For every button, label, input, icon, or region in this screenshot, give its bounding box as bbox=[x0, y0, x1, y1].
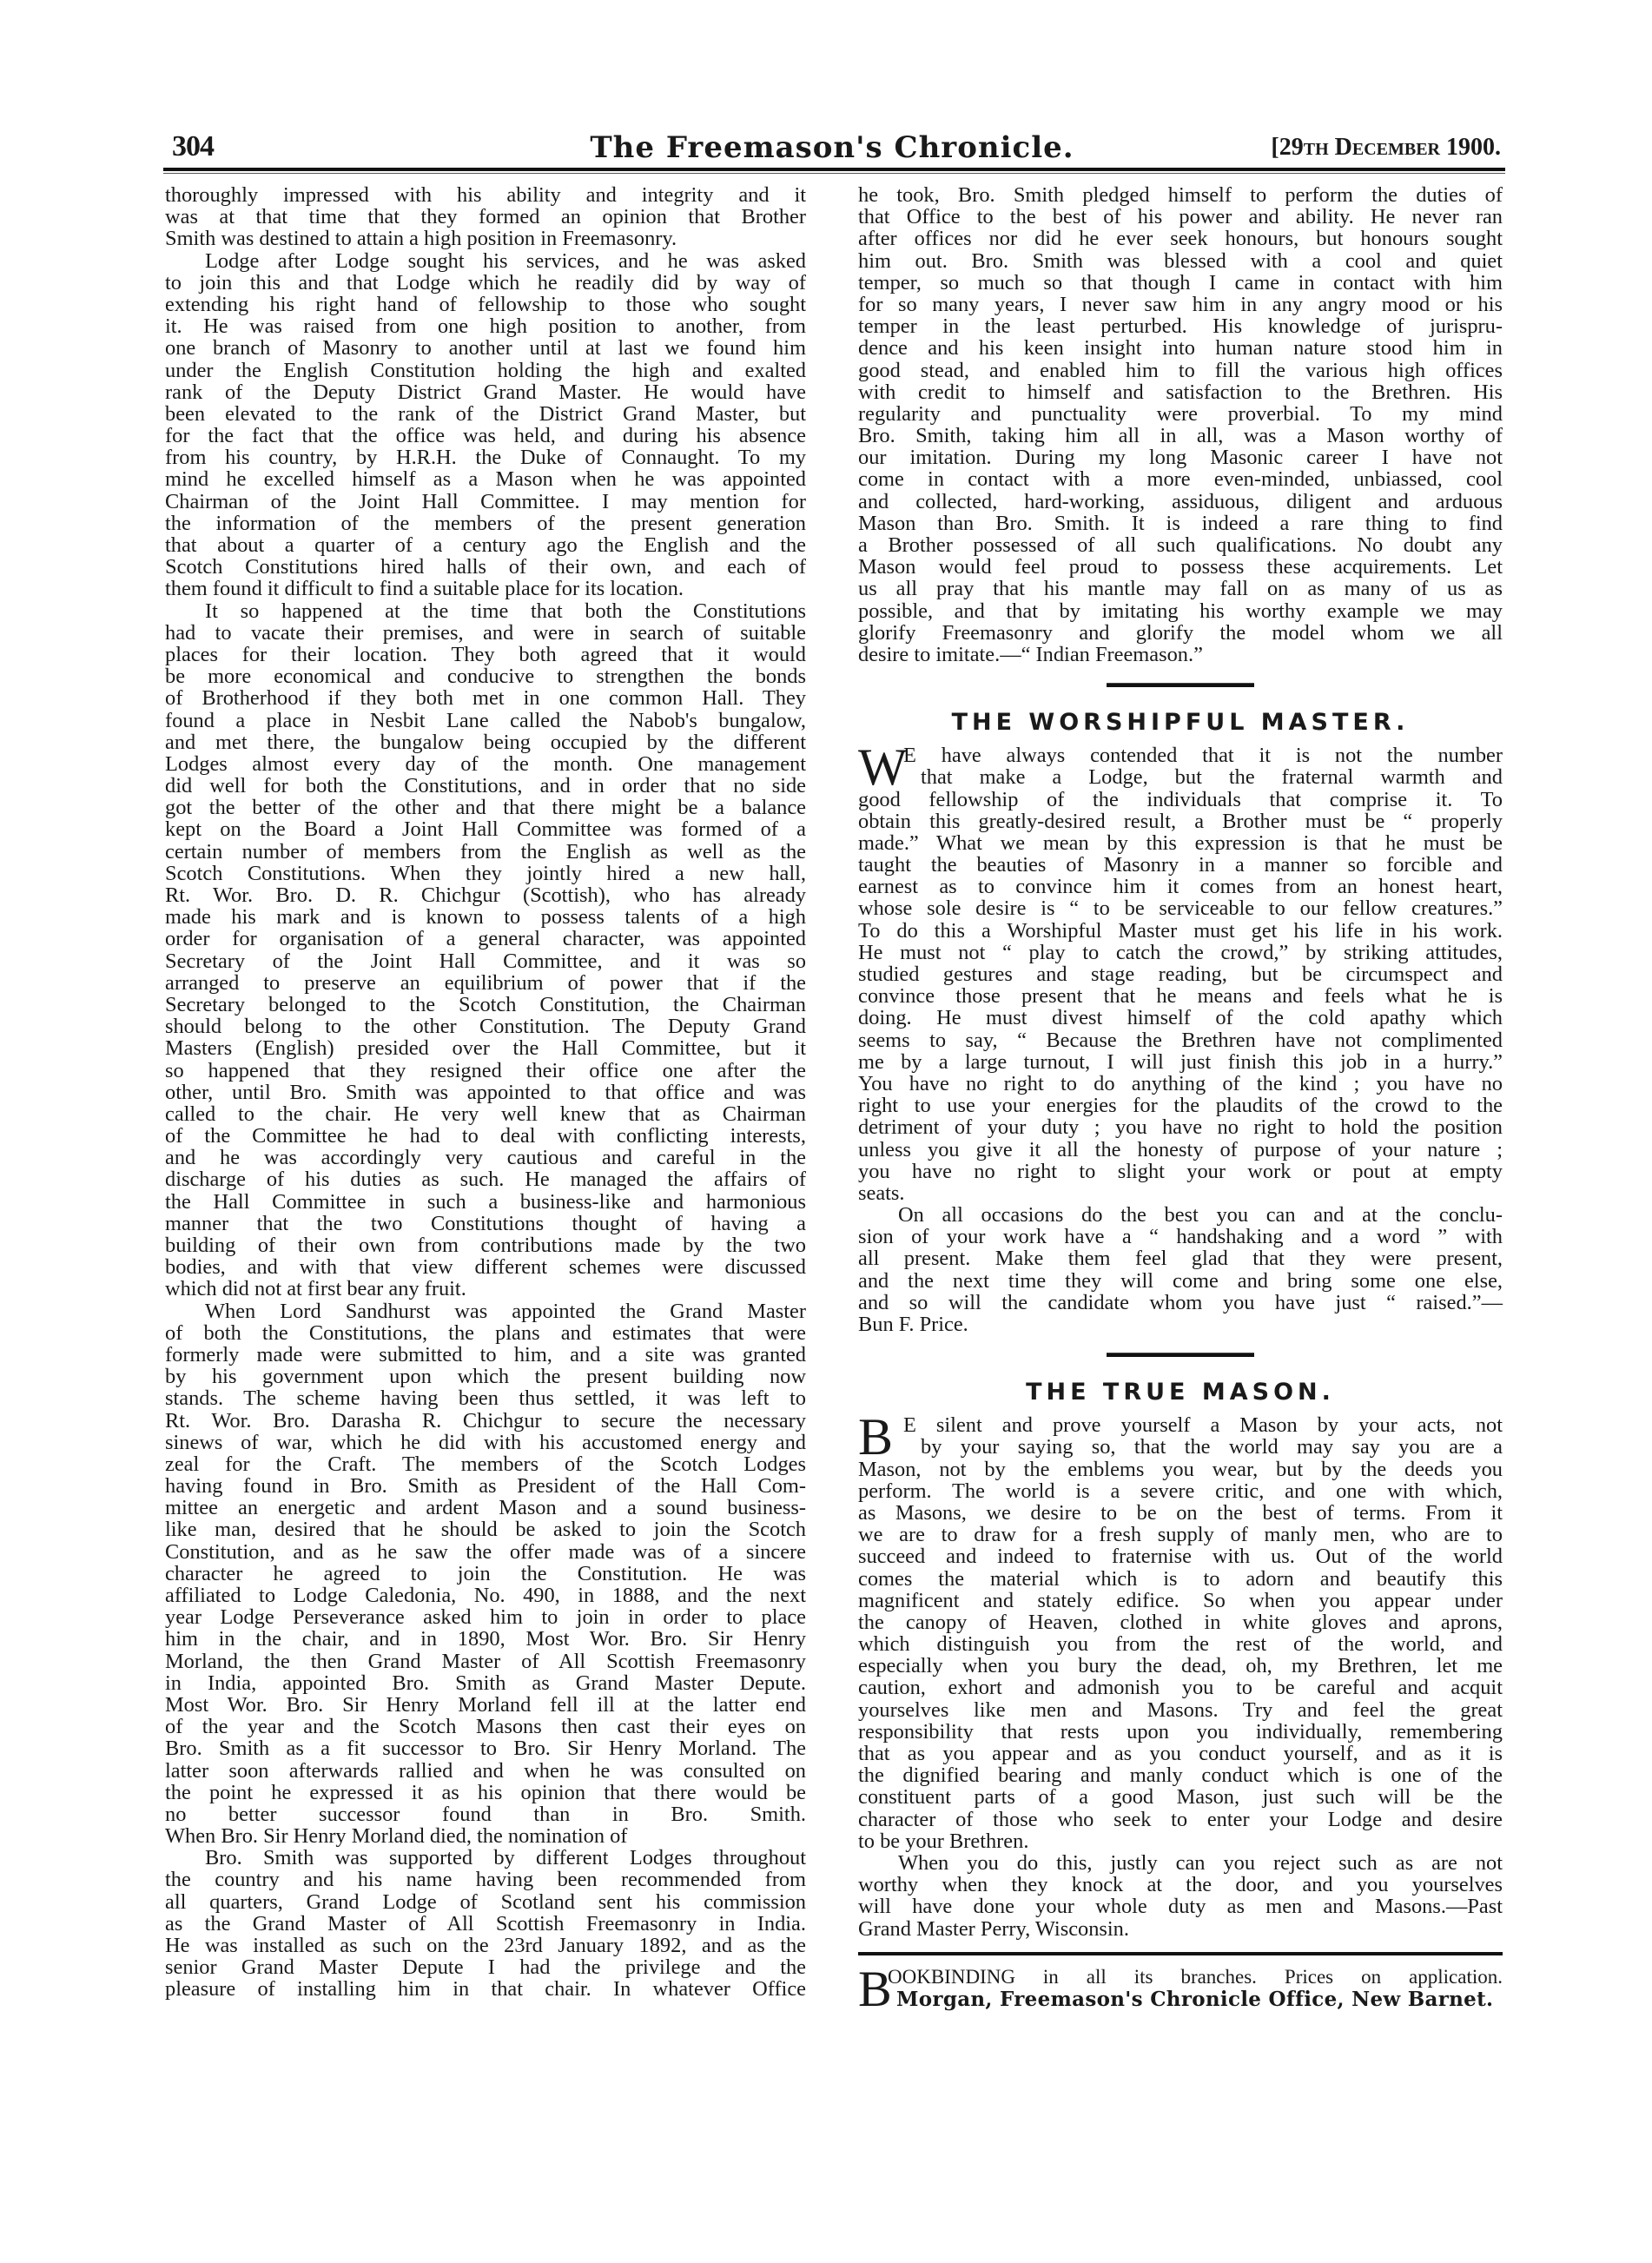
text-line: made his mark and is known to possess ta… bbox=[165, 906, 806, 928]
text-line: of Brotherhood if they both met in one c… bbox=[165, 687, 806, 709]
text-line: no better successor found than in Bro. S… bbox=[165, 1803, 806, 1825]
text-line: seems to say, “ Because the Brethren hav… bbox=[858, 1029, 1503, 1051]
text-line: When you do this, justly can you reject … bbox=[858, 1852, 1503, 1874]
text-line: to join this and that Lodge which he rea… bbox=[165, 272, 806, 294]
text-line: desire to imitate.—“ Indian Freemason.” bbox=[858, 644, 1503, 665]
text-line: which did not at first bear any fruit. bbox=[165, 1278, 806, 1300]
drop-cap: B bbox=[858, 1964, 892, 2015]
header-rule-thin bbox=[163, 173, 1505, 174]
text-line: To do this a Worshipful Master must get … bbox=[858, 920, 1503, 942]
text-line: mind he excelled himself as a Mason when… bbox=[165, 468, 806, 490]
text-line: him in the chair, and in 1890, Most Wor.… bbox=[165, 1628, 806, 1650]
text-line: be more economical and conducive to stre… bbox=[165, 665, 806, 687]
text-line: Masters (English) presided over the Hall… bbox=[165, 1037, 806, 1059]
text-line: character he agreed to join the Constitu… bbox=[165, 1563, 806, 1585]
text-line: bodies, and with that view different sch… bbox=[165, 1256, 806, 1278]
text-line: him out. Bro. Smith was blessed with a c… bbox=[858, 250, 1503, 272]
issue-date: [29th December 1900. bbox=[1271, 134, 1501, 162]
text-line: He must not “ play to catch the crowd,” … bbox=[858, 942, 1503, 963]
text-line: building of their own from contributions… bbox=[165, 1234, 806, 1256]
text-line: Morland, the then Grand Master of All Sc… bbox=[165, 1651, 806, 1672]
text-line: and collected, hard-working, assiduous, … bbox=[858, 491, 1503, 513]
text-line: whose sole desire is “ to be serviceable… bbox=[858, 897, 1503, 919]
text-line: found a place in Nesbit Lane called the … bbox=[165, 710, 806, 731]
text-line: constituent parts of a good Mason, just … bbox=[858, 1786, 1503, 1808]
text-line: character of those who seek to enter you… bbox=[858, 1809, 1503, 1830]
text-line: especially when you bury the dead, oh, m… bbox=[858, 1655, 1503, 1677]
text-line: yourselves like men and Masons. Try and … bbox=[858, 1699, 1503, 1721]
text-line: manner that the two Constitutions though… bbox=[165, 1213, 806, 1234]
header-rule bbox=[163, 168, 1505, 171]
text-line: did well for both the Constitutions, and… bbox=[165, 775, 806, 797]
text-line: possible, and that by imitating his wort… bbox=[858, 600, 1503, 622]
bookbinding-advertisement: B OOKBINDING in all its branches. Prices… bbox=[858, 1966, 1503, 2018]
text-line: When Bro. Sir Henry Morland died, the no… bbox=[165, 1825, 806, 1847]
text-line: caution, exhort and admonish you to be c… bbox=[858, 1677, 1503, 1698]
text-line: so happened that they resigned their off… bbox=[165, 1060, 806, 1082]
text-line: the Hall Committee in such a business-li… bbox=[165, 1191, 806, 1213]
text-line: good fellowship of the individuals that … bbox=[858, 789, 1503, 811]
text-line: he took, Bro. Smith pledged himself to p… bbox=[858, 184, 1503, 206]
text-line: Mason than Bro. Smith. It is indeed a ra… bbox=[858, 513, 1503, 534]
text-line: convince those present that he means and… bbox=[858, 985, 1503, 1007]
section-divider bbox=[1107, 1353, 1254, 1357]
text-line: unless you give it all the honesty of pu… bbox=[858, 1139, 1503, 1161]
text-line: and so will the candidate whom you have … bbox=[858, 1292, 1503, 1313]
text-line: senior Grand Master Depute I had the pri… bbox=[165, 1956, 806, 1978]
right-column: he took, Bro. Smith pledged himself to p… bbox=[858, 184, 1503, 2018]
text-line: like man, desired that he should be aske… bbox=[165, 1519, 806, 1540]
text-line: good stead, and enabled him to fill the … bbox=[858, 360, 1503, 381]
text-line: by your saying so, that the world may sa… bbox=[858, 1436, 1503, 1458]
newspaper-page: 304 The Freemason's Chronicle. [29th Dec… bbox=[0, 0, 1652, 2263]
text-line: magnificent and stately edifice. So when… bbox=[858, 1590, 1503, 1611]
drop-cap: W bbox=[858, 744, 908, 790]
text-line: order for organisation of a general char… bbox=[165, 928, 806, 950]
text-line: Mason, not by the emblems you wear, but … bbox=[858, 1459, 1503, 1480]
article-title-worshipful-master: THE WORSHIPFUL MASTER. bbox=[858, 710, 1503, 736]
text-line: worthy when they knock at the door, and … bbox=[858, 1874, 1503, 1896]
text-line: the information of the members of the pr… bbox=[165, 513, 806, 534]
text-line: responsibility that rests upon you indiv… bbox=[858, 1721, 1503, 1743]
text-line: Lodge after Lodge sought his services, a… bbox=[165, 250, 806, 272]
text-line: rank of the Deputy District Grand Master… bbox=[165, 381, 806, 403]
text-line: that about a quarter of a century ago th… bbox=[165, 534, 806, 556]
text-line: all quarters, Grand Lodge of Scotland se… bbox=[165, 1891, 806, 1913]
text-line: E have always contended that it is not t… bbox=[858, 744, 1503, 766]
advertisement-address: Morgan, Freemason's Chronicle Office, Ne… bbox=[896, 1988, 1493, 2011]
text-line: by his government upon which the present… bbox=[165, 1366, 806, 1387]
text-line: for the fact that the office was held, a… bbox=[165, 425, 806, 447]
text-line: temper in the least perturbed. His knowl… bbox=[858, 315, 1503, 337]
text-line: affiliated to Lodge Caledonia, No. 490, … bbox=[165, 1585, 806, 1606]
text-line: obtain this greatly-desired result, a Br… bbox=[858, 811, 1503, 832]
text-line: to be your Brethren. bbox=[858, 1830, 1503, 1852]
text-line: a Brother possessed of all such qualific… bbox=[858, 534, 1503, 556]
text-line: places for their location. They both agr… bbox=[165, 644, 806, 665]
text-line: Constitution, and as he saw the offer ma… bbox=[165, 1541, 806, 1563]
text-line: kept on the Board a Joint Hall Committee… bbox=[165, 818, 806, 840]
text-line: the canopy of Heaven, clothed in white g… bbox=[858, 1611, 1503, 1633]
text-line: which distinguish you from the rest of t… bbox=[858, 1633, 1503, 1655]
text-line: seats. bbox=[858, 1182, 1503, 1204]
text-line: sion of your work have a “ handshaking a… bbox=[858, 1226, 1503, 1247]
text-line: that Office to the best of his power and… bbox=[858, 206, 1503, 228]
text-line: sinews of war, which he did with his acc… bbox=[165, 1432, 806, 1453]
text-line: Lodges almost every day of the month. On… bbox=[165, 753, 806, 775]
text-line: after offices nor did he ever seek honou… bbox=[858, 228, 1503, 249]
text-line: You have no right to do anything of the … bbox=[858, 1073, 1503, 1095]
text-line: stands. The scheme having been thus sett… bbox=[165, 1387, 806, 1409]
text-line: Most Wor. Bro. Sir Henry Morland fell il… bbox=[165, 1694, 806, 1716]
text-line: comes the material which is to adorn and… bbox=[858, 1568, 1503, 1590]
text-line: come in contact with a more even-minded,… bbox=[858, 468, 1503, 490]
text-line: of both the Constitutions, the plans and… bbox=[165, 1322, 806, 1344]
text-line: had to vacate their premises, and were i… bbox=[165, 622, 806, 644]
text-line: Secretary of the Joint Hall Committee, a… bbox=[165, 950, 806, 972]
text-line: Chairman of the Joint Hall Committee. I … bbox=[165, 491, 806, 513]
text-line: Scotch Constitutions. When they jointly … bbox=[165, 863, 806, 884]
text-line: one branch of Masonry to another until a… bbox=[165, 337, 806, 359]
text-line: and met there, the bungalow being occupi… bbox=[165, 731, 806, 753]
text-line: formerly made were submitted to him, and… bbox=[165, 1344, 806, 1366]
text-line: all present. Make them feel glad that th… bbox=[858, 1247, 1503, 1269]
text-line: for so many years, I never saw him in an… bbox=[858, 294, 1503, 315]
text-line: year Lodge Perseverance asked him to joi… bbox=[165, 1606, 806, 1628]
text-line: earnest as to convince him it comes from… bbox=[858, 876, 1503, 897]
text-line: of the year and the Scotch Masons then c… bbox=[165, 1716, 806, 1737]
text-line: When Lord Sandhurst was appointed the Gr… bbox=[165, 1300, 806, 1322]
text-line: other, until Bro. Smith was appointed to… bbox=[165, 1082, 806, 1103]
text-line: temper, so much so that though I came in… bbox=[858, 272, 1503, 294]
text-line: thoroughly impressed with his ability an… bbox=[165, 184, 806, 206]
text-line: of the Committee he had to deal with con… bbox=[165, 1125, 806, 1147]
text-line: me by a large turnout, I will just finis… bbox=[858, 1051, 1503, 1073]
text-line: the dignified bearing and manly conduct … bbox=[858, 1764, 1503, 1786]
text-line: certain number of members from the Engli… bbox=[165, 841, 806, 863]
text-line: the country and his name having been rec… bbox=[165, 1869, 806, 1890]
text-line: got the better of the other and that the… bbox=[165, 797, 806, 818]
text-line: right to use your energies for the plaud… bbox=[858, 1095, 1503, 1116]
text-line: Scotch Constitutions hired halls of thei… bbox=[165, 556, 806, 578]
section-divider bbox=[1107, 683, 1254, 687]
text-line: On all occasions do the best you can and… bbox=[858, 1204, 1503, 1226]
text-line: Bro. Smith was supported by different Lo… bbox=[165, 1847, 806, 1869]
advertisement-rule bbox=[858, 1952, 1503, 1955]
text-line: dence and his keen insight into human na… bbox=[858, 337, 1503, 359]
advertisement-line: OOKBINDING in all its branches. Prices o… bbox=[888, 1966, 1503, 1988]
text-line: as Masons, we desire to be on the best o… bbox=[858, 1502, 1503, 1524]
text-line: Bro. Smith, taking him all in all, was a… bbox=[858, 425, 1503, 447]
text-line: we are to draw for a fresh supply of man… bbox=[858, 1524, 1503, 1545]
text-line: Rt. Wor. Bro. D. R. Chichgur (Scottish),… bbox=[165, 884, 806, 906]
text-line: pleasure of installing him in that chair… bbox=[165, 1978, 806, 2000]
text-line: Grand Master Perry, Wisconsin. bbox=[858, 1918, 1503, 1940]
text-line: should belong to the other Constitution.… bbox=[165, 1016, 806, 1037]
text-line: Secretary belonged to the Scotch Constit… bbox=[165, 994, 806, 1016]
text-line: arranged to preserve an equilibrium of p… bbox=[165, 972, 806, 994]
article-title-true-mason: THE TRUE MASON. bbox=[858, 1380, 1503, 1406]
text-line: will have done your whole duty as men an… bbox=[858, 1896, 1503, 1917]
text-line: glorify Freemasonry and glorify the mode… bbox=[858, 622, 1503, 644]
text-line: regularity and punctuality were proverbi… bbox=[858, 403, 1503, 425]
text-line: them found it difficult to find a suitab… bbox=[165, 578, 806, 599]
text-line: been elevated to the rank of the Distric… bbox=[165, 403, 806, 425]
text-line: that as you appear and as you conduct yo… bbox=[858, 1743, 1503, 1764]
text-line: with credit to himself and satisfaction … bbox=[858, 381, 1503, 403]
text-line: that make a Lodge, but the fraternal war… bbox=[858, 766, 1503, 788]
text-line: and the next time they will come and bri… bbox=[858, 1270, 1503, 1292]
text-line: the point he expressed it as his opinion… bbox=[165, 1782, 806, 1803]
drop-cap: B bbox=[858, 1414, 893, 1459]
text-line: made.” What we mean by this expression i… bbox=[858, 832, 1503, 854]
text-line: us all pray that his mantle may fall on … bbox=[858, 578, 1503, 599]
text-line: it. He was raised from one high position… bbox=[165, 315, 806, 337]
text-line: taught the beauties of Masonry in a mann… bbox=[858, 854, 1503, 876]
text-line: Smith was destined to attain a high posi… bbox=[165, 228, 806, 249]
text-line: extending his right hand of fellowship t… bbox=[165, 294, 806, 315]
text-line: called to the chair. He very well knew t… bbox=[165, 1103, 806, 1125]
article-worshipful-master: W E have always contended that it is not… bbox=[858, 744, 1503, 1335]
text-line: under the English Constitution holding t… bbox=[165, 360, 806, 381]
text-line: Rt. Wor. Bro. Darasha R. Chichgur to sec… bbox=[165, 1410, 806, 1432]
text-line: was at that time that they formed an opi… bbox=[165, 206, 806, 228]
text-line: He was installed as such on the 23rd Jan… bbox=[165, 1935, 806, 1956]
text-line: Bro. Smith as a fit successor to Bro. Si… bbox=[165, 1737, 806, 1759]
text-line: and he was accordingly very cautious and… bbox=[165, 1147, 806, 1168]
text-line: E silent and prove yourself a Mason by y… bbox=[858, 1414, 1503, 1436]
text-line: It so happened at the time that both the… bbox=[165, 600, 806, 622]
text-line: in India, appointed Bro. Smith as Grand … bbox=[165, 1672, 806, 1694]
article-true-mason: B E silent and prove yourself a Mason by… bbox=[858, 1414, 1503, 1940]
left-column: thoroughly impressed with his ability an… bbox=[165, 184, 806, 2001]
text-line: Bun F. Price. bbox=[858, 1313, 1503, 1335]
text-line: you have no right to slight your work or… bbox=[858, 1161, 1503, 1182]
text-line: detriment of your duty ; you have no rig… bbox=[858, 1116, 1503, 1138]
text-line: zeal for the Craft. The members of the S… bbox=[165, 1453, 806, 1475]
text-line: latter soon afterwards rallied and when … bbox=[165, 1760, 806, 1782]
text-line: studied gestures and stage reading, but … bbox=[858, 963, 1503, 985]
text-line: succeed and indeed to fraternise with us… bbox=[858, 1545, 1503, 1567]
text-line: having found in Bro. Smith as President … bbox=[165, 1475, 806, 1497]
text-line: our imitation. During my long Masonic ca… bbox=[858, 447, 1503, 468]
text-line: as the Grand Master of All Scottish Free… bbox=[165, 1913, 806, 1935]
text-line: doing. He must divest himself of the col… bbox=[858, 1007, 1503, 1029]
masthead: 304 The Freemason's Chronicle. [29th Dec… bbox=[163, 130, 1501, 165]
text-line: perform. The world is a severe critic, a… bbox=[858, 1480, 1503, 1502]
text-line: mittee an energetic and ardent Mason and… bbox=[165, 1497, 806, 1519]
text-line: from his country, by H.R.H. the Duke of … bbox=[165, 447, 806, 468]
text-line: discharge of his duties as such. He mana… bbox=[165, 1168, 806, 1190]
text-line: Mason would feel proud to possess these … bbox=[858, 556, 1503, 578]
continued-article: he took, Bro. Smith pledged himself to p… bbox=[858, 184, 1503, 665]
